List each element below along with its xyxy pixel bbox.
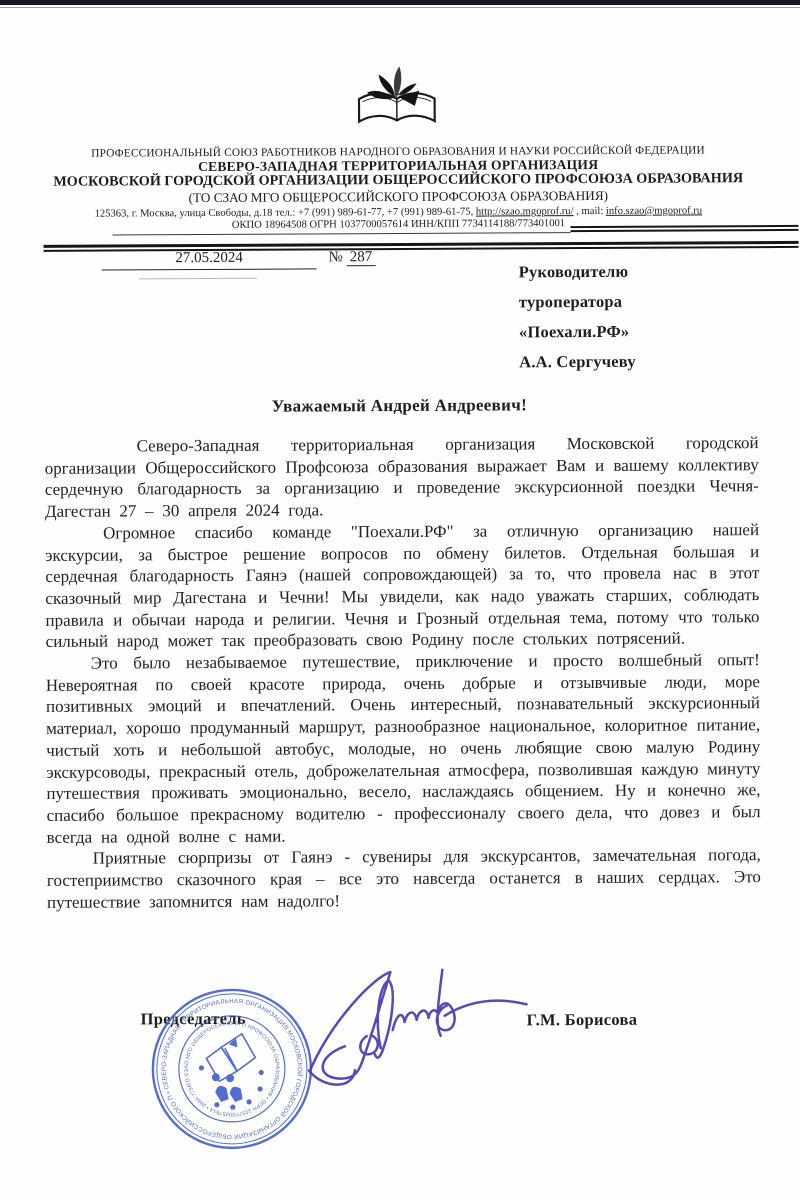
website-text: http://szao.mgoprof.ru/ — [476, 206, 574, 218]
letter-number: 287 — [347, 249, 376, 266]
recipient-block: Руководителю туроператора «Поехали.РФ» А… — [519, 256, 760, 377]
recipient-line: Руководителю — [519, 256, 759, 287]
number-sign: № — [329, 249, 343, 265]
letter-date-field: 27.05.2024 — [102, 249, 317, 270]
body-paragraph: Это было незабываемое путешествие, прикл… — [46, 649, 761, 848]
body-paragraph: Северо-Западная территориальная организа… — [45, 432, 759, 523]
email-text: info.szao@mgoprof.ru — [606, 205, 702, 217]
handwritten-signature-icon — [292, 949, 533, 1120]
header-address: 125363, г. Москва, улица Свободы, д.18 т… — [95, 207, 476, 220]
reference-blank-line — [139, 278, 257, 280]
scanned-letter-page: ПРОФЕССИОНАЛЬНЫЙ СОЮЗ РАБОТНИКОВ НАРОДНО… — [0, 0, 800, 1200]
header-org-short-name: (ТО СЗАО МГО ОБЩЕРОССИЙСКОГО ПРОФСОЮЗА О… — [0, 187, 798, 207]
body-paragraph: Приятные сюрпризы от Гаянэ - сувениры дл… — [47, 844, 761, 913]
mail-label: mail: — [581, 206, 605, 217]
salutation: Уважаемый Андрей Андреевич! — [0, 394, 799, 418]
recipient-line: А.А. Сергучеву — [519, 346, 759, 377]
recipient-line: «Поехали.РФ» — [519, 316, 759, 347]
requisites-underline — [113, 232, 571, 235]
right-edge-rule-2 — [570, 229, 798, 232]
letter-body: Северо-Западная территориальная организа… — [45, 432, 761, 913]
letter-content: ПРОФЕССИОНАЛЬНЫЙ СОЮЗ РАБОТНИКОВ НАРОДНО… — [0, 0, 800, 1200]
letter-number-field: № 287 — [329, 249, 376, 266]
separator: , — [574, 206, 582, 217]
recipient-line: туроператора — [519, 286, 759, 317]
signer-name: Г.М. Борисова — [527, 1010, 638, 1031]
letter-date: 27.05.2024 — [175, 250, 243, 266]
union-emblem-icon — [352, 64, 442, 130]
body-paragraph: Огромное спасибо команде "Поехали.РФ" за… — [45, 519, 760, 653]
